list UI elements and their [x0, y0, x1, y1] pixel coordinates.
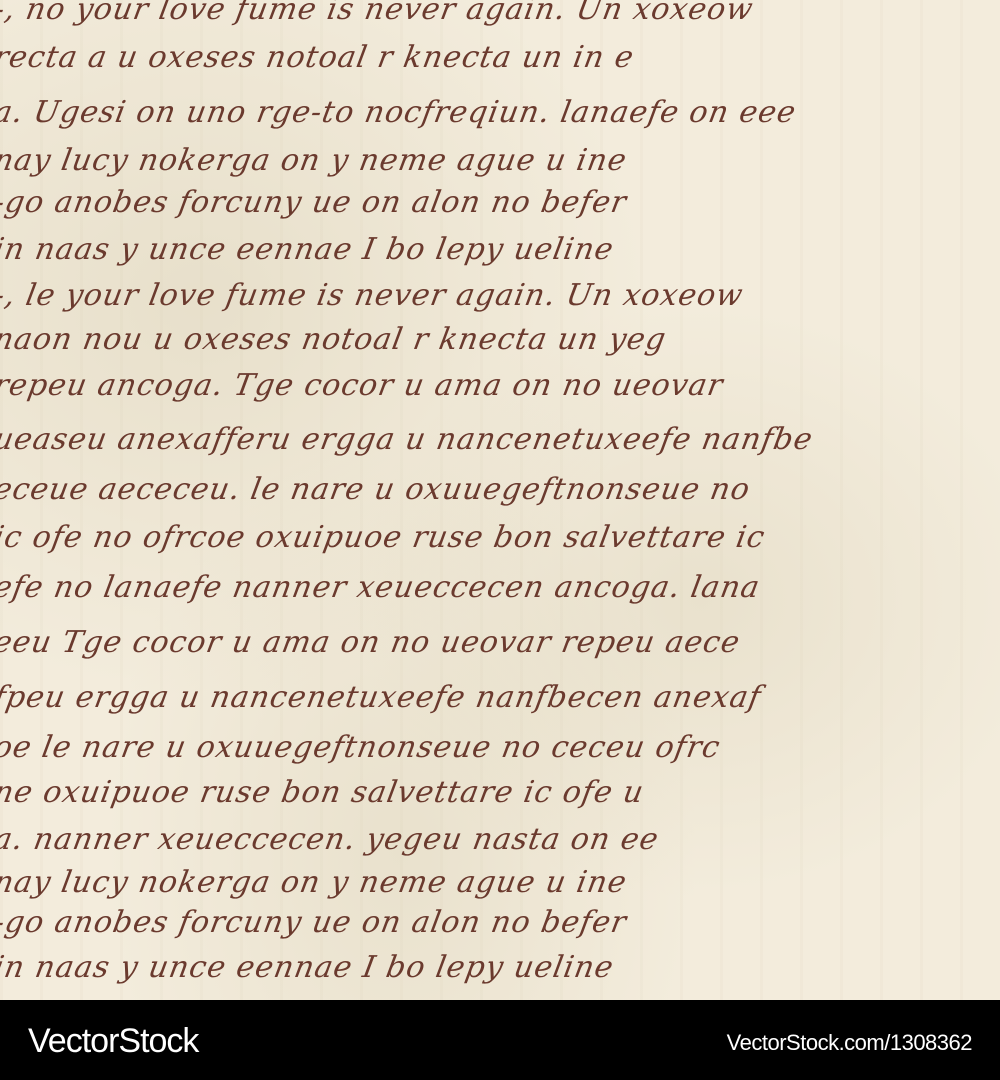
script-line: in naas y unce eennae I bo lepy ueline: [0, 950, 617, 985]
watermark-footer: VectorStock VectorStock.com/1308362: [0, 1000, 1000, 1080]
script-line: eceue aececeu. le nare u oxuuegeftnonseu…: [0, 472, 753, 507]
script-line: naon nou u oxeses notoal r knecta un yeg: [0, 322, 669, 357]
script-line: oe le nare u oxuuegeftnonseue no ceceu o…: [0, 730, 723, 765]
script-line: -, le your love fume is never again. Un …: [0, 278, 746, 313]
script-line: a. nanner xeueccecen. yegeu nasta on ee: [0, 822, 662, 857]
script-line: -, no your love fume is never again. Un …: [0, 0, 756, 27]
script-line: fpeu ergga u nancenetuxeefe nanfbecen an…: [0, 680, 764, 715]
script-line: in naas y unce eennae I bo lepy ueline: [0, 232, 617, 267]
script-line: ne oxuipuoe ruse bon salvettare ic ofe u: [0, 775, 647, 810]
script-line: -go anobes forcuny ue on alon no befer: [0, 185, 630, 220]
script-line: repeu ancoga. Tge cocor u ama on no ueov…: [0, 368, 726, 403]
script-line: nay lucy nokerga on y neme ague u ine: [0, 143, 630, 178]
script-line: -go anobes forcuny ue on alon no befer: [0, 905, 630, 940]
script-line: ueaseu anexafferu ergga u nancenetuxeefe…: [0, 422, 816, 457]
script-line: recta a u oxeses notoal r knecta un in e: [0, 40, 637, 75]
script-line: efe no lanaefe nanner xeueccecen ancoga.…: [0, 570, 763, 605]
image-url: VectorStock.com/1308362: [727, 1030, 972, 1056]
handwritten-paper-texture: -, no your love fume is never again. Un …: [0, 0, 1000, 1000]
script-line: nay lucy nokerga on y neme ague u ine: [0, 865, 630, 900]
script-line: a. Ugesi on uno rge-to nocfreqiun. lanae…: [0, 95, 799, 130]
script-line: ic ofe no ofrcoe oxuipuoe ruse bon salve…: [0, 520, 768, 555]
brand-logo: VectorStock: [28, 1022, 198, 1061]
script-line: eeu Tge cocor u ama on no ueovar repeu a…: [0, 625, 743, 660]
